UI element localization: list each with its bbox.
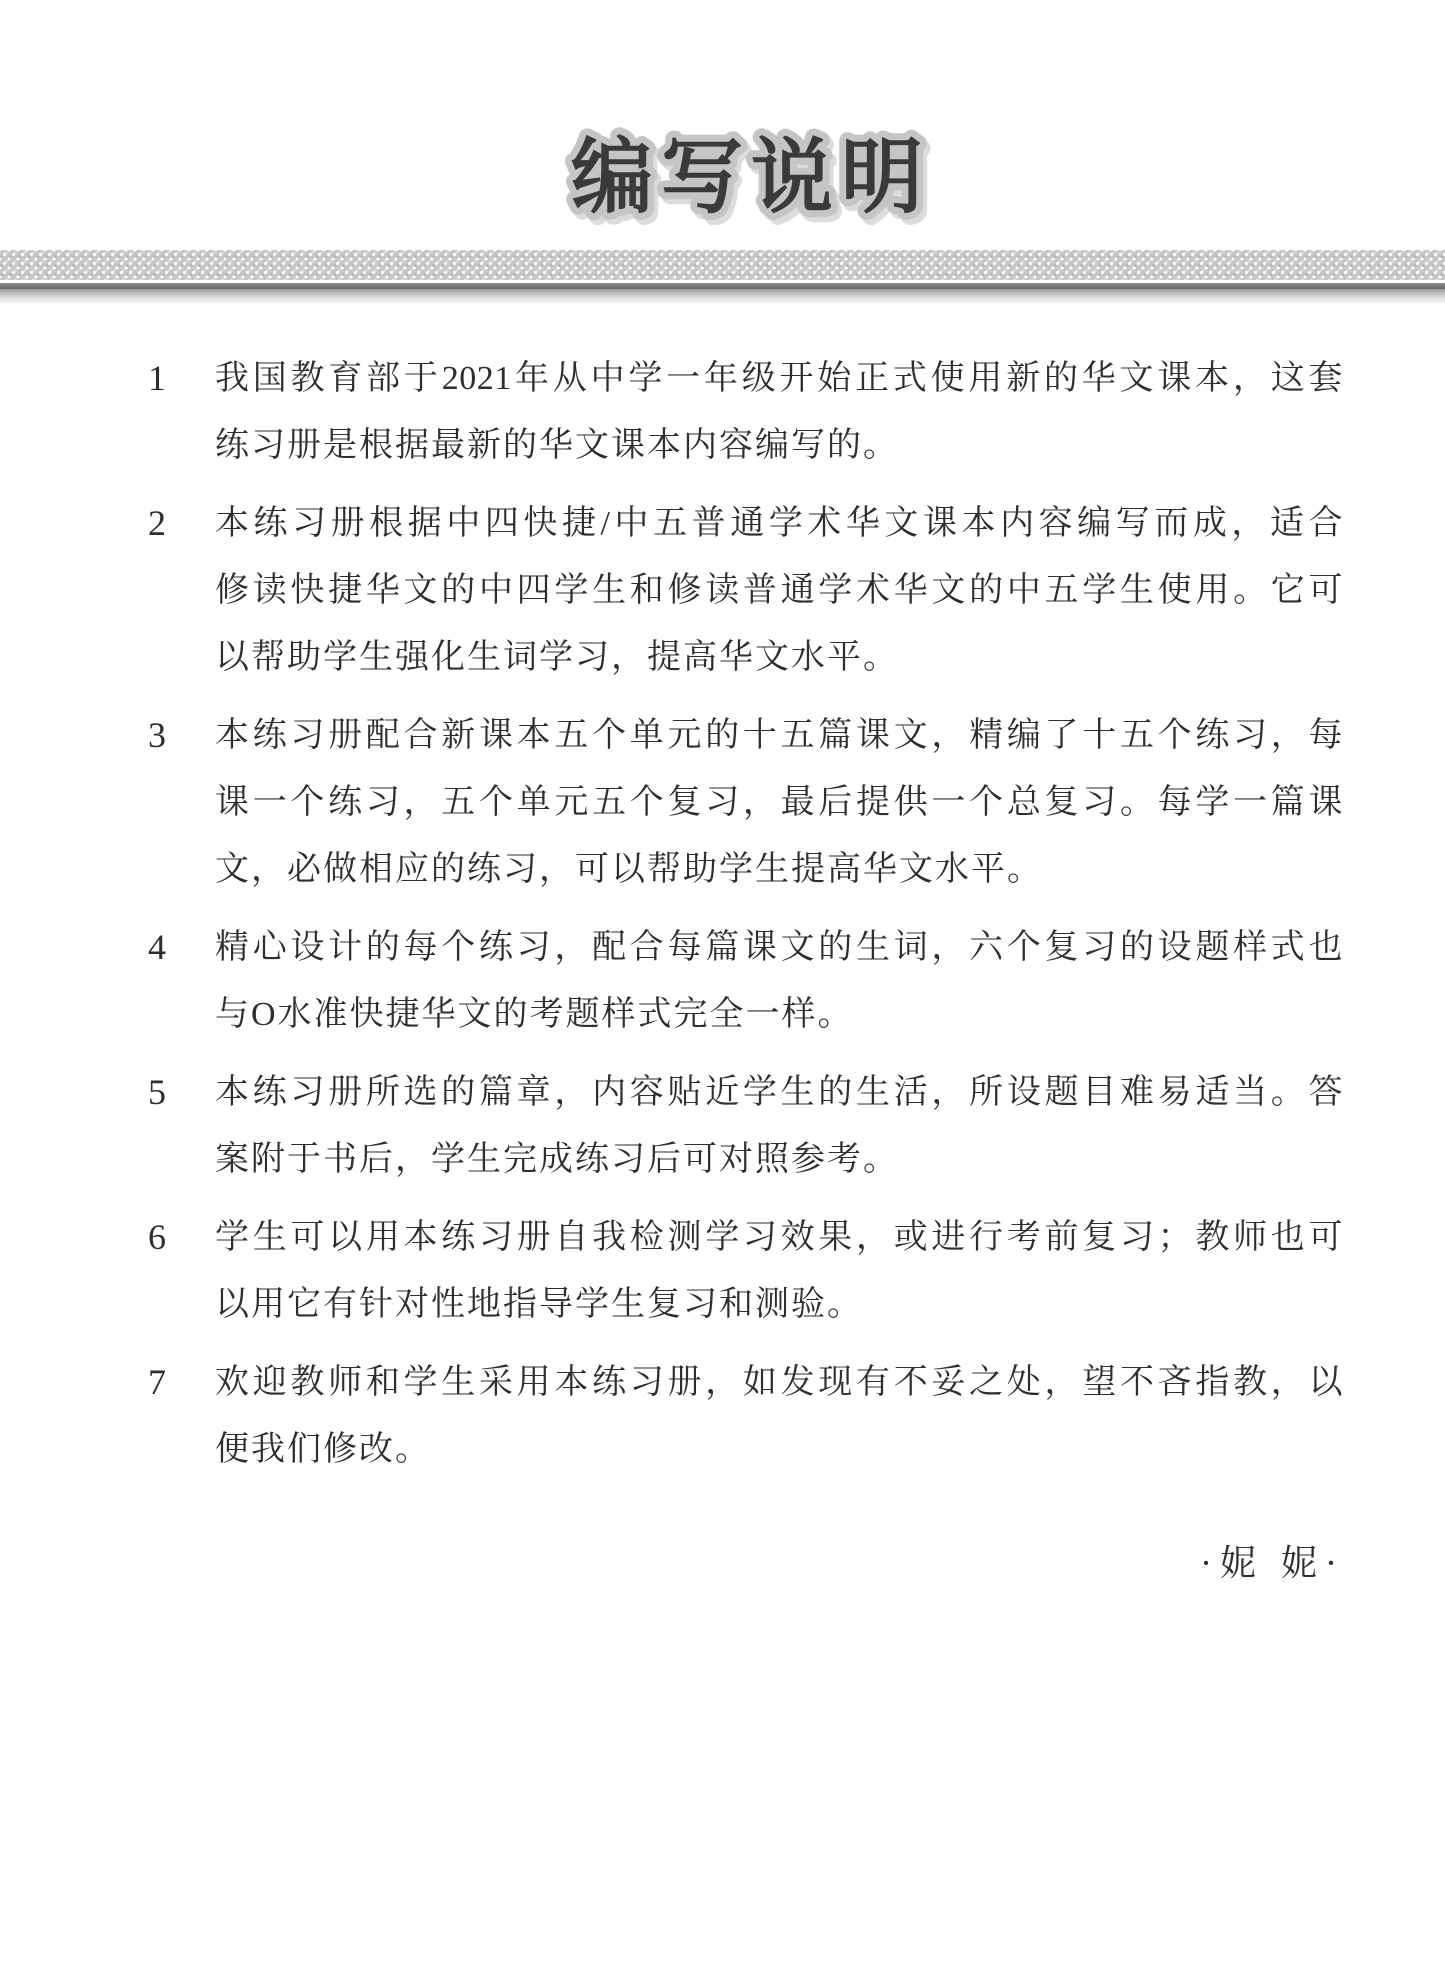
paragraph-number: 5 <box>148 1059 215 1193</box>
text-line: 练习册是根据最新的华文课本内容编写的。 <box>215 412 1343 479</box>
paragraph-text: 欢迎教师和学生采用本练习册，如发现有不妥之处，望不吝指教，以 便我们修改。 <box>215 1349 1343 1483</box>
paragraph-text: 精心设计的每个练习，配合每篇课文的生词，六个复习的设题样式也 与O水准快捷华文的… <box>215 914 1343 1048</box>
text-line: 修读快捷华文的中四学生和修读普通学术华文的中五学生使用。它可 <box>215 557 1343 624</box>
paragraph-text: 我国教育部于2021年从中学一年级开始正式使用新的华文课本，这套 练习册是根据最… <box>215 345 1343 479</box>
text-line: 本练习册根据中四快捷/中五普通学术华文课本内容编写而成，适合 <box>215 490 1343 557</box>
page-header: 编写说明 <box>0 70 1445 220</box>
text-line: 以用它有针对性地指导学生复习和测验。 <box>215 1271 1343 1338</box>
text-line: 便我们修改。 <box>215 1416 1343 1483</box>
paragraph-4: 4 精心设计的每个练习，配合每篇课文的生词，六个复习的设题样式也 与O水准快捷华… <box>0 914 1445 1048</box>
page-body: 1 我国教育部于2021年从中学一年级开始正式使用新的华文课本，这套 练习册是根… <box>0 345 1445 1588</box>
text-line: 我国教育部于2021年从中学一年级开始正式使用新的华文课本，这套 <box>215 345 1343 412</box>
paragraph-text: 学生可以用本练习册自我检测学习效果，或进行考前复习；教师也可 以用它有针对性地指… <box>215 1204 1343 1338</box>
signature: ·妮 妮· <box>0 1538 1445 1588</box>
paragraph-3: 3 本练习册配合新课本五个单元的十五篇课文，精编了十五个练习，每 课一个练习，五… <box>0 702 1445 903</box>
paragraph-text: 本练习册所选的篇章，内容贴近学生的生活，所设题目难易适当。答 案附于书后，学生完… <box>215 1059 1343 1193</box>
text-line: 本练习册所选的篇章，内容贴近学生的生活，所设题目难易适当。答 <box>215 1059 1343 1126</box>
text-line: 本练习册配合新课本五个单元的十五篇课文，精编了十五个练习，每 <box>215 702 1343 769</box>
paragraph-number: 4 <box>148 914 215 1048</box>
paragraph-number: 6 <box>148 1204 215 1338</box>
paragraph-text: 本练习册配合新课本五个单元的十五篇课文，精编了十五个练习，每 课一个练习，五个单… <box>215 702 1343 903</box>
text-line: 精心设计的每个练习，配合每篇课文的生词，六个复习的设题样式也 <box>215 914 1343 981</box>
paragraph-2: 2 本练习册根据中四快捷/中五普通学术华文课本内容编写而成，适合 修读快捷华文的… <box>0 490 1445 691</box>
paragraph-1: 1 我国教育部于2021年从中学一年级开始正式使用新的华文课本，这套 练习册是根… <box>0 345 1445 479</box>
text-line: 案附于书后，学生完成练习后可对照参考。 <box>215 1126 1343 1193</box>
paragraph-number: 2 <box>148 490 215 691</box>
paragraph-number: 7 <box>148 1349 215 1483</box>
paragraph-number: 3 <box>148 702 215 903</box>
text-line: 以帮助学生强化生词学习，提高华文水平。 <box>215 624 1343 691</box>
text-line: 学生可以用本练习册自我检测学习效果，或进行考前复习；教师也可 <box>215 1204 1343 1271</box>
page-title-art: 编写说明 <box>431 70 1071 220</box>
divider-dots-band <box>0 250 1445 280</box>
text-line: 课一个练习，五个单元五个复习，最后提供一个总复习。每学一篇课 <box>215 769 1343 836</box>
paragraph-text: 本练习册根据中四快捷/中五普通学术华文课本内容编写而成，适合 修读快捷华文的中四… <box>215 490 1343 691</box>
paragraph-5: 5 本练习册所选的篇章，内容贴近学生的生活，所设题目难易适当。答 案附于书后，学… <box>0 1059 1445 1193</box>
text-line: 与O水准快捷华文的考题样式完全一样。 <box>215 981 1343 1048</box>
text-line: 文，必做相应的练习，可以帮助学生提高华文水平。 <box>215 836 1343 903</box>
divider-shadow-fade <box>0 289 1445 305</box>
paragraph-7: 7 欢迎教师和学生采用本练习册，如发现有不妥之处，望不吝指教，以 便我们修改。 <box>0 1349 1445 1483</box>
paragraph-6: 6 学生可以用本练习册自我检测学习效果，或进行考前复习；教师也可 以用它有针对性… <box>0 1204 1445 1338</box>
paragraph-number: 1 <box>148 345 215 479</box>
text-line: 欢迎教师和学生采用本练习册，如发现有不妥之处，望不吝指教，以 <box>215 1349 1343 1416</box>
page-title: 编写说明 <box>570 132 930 220</box>
